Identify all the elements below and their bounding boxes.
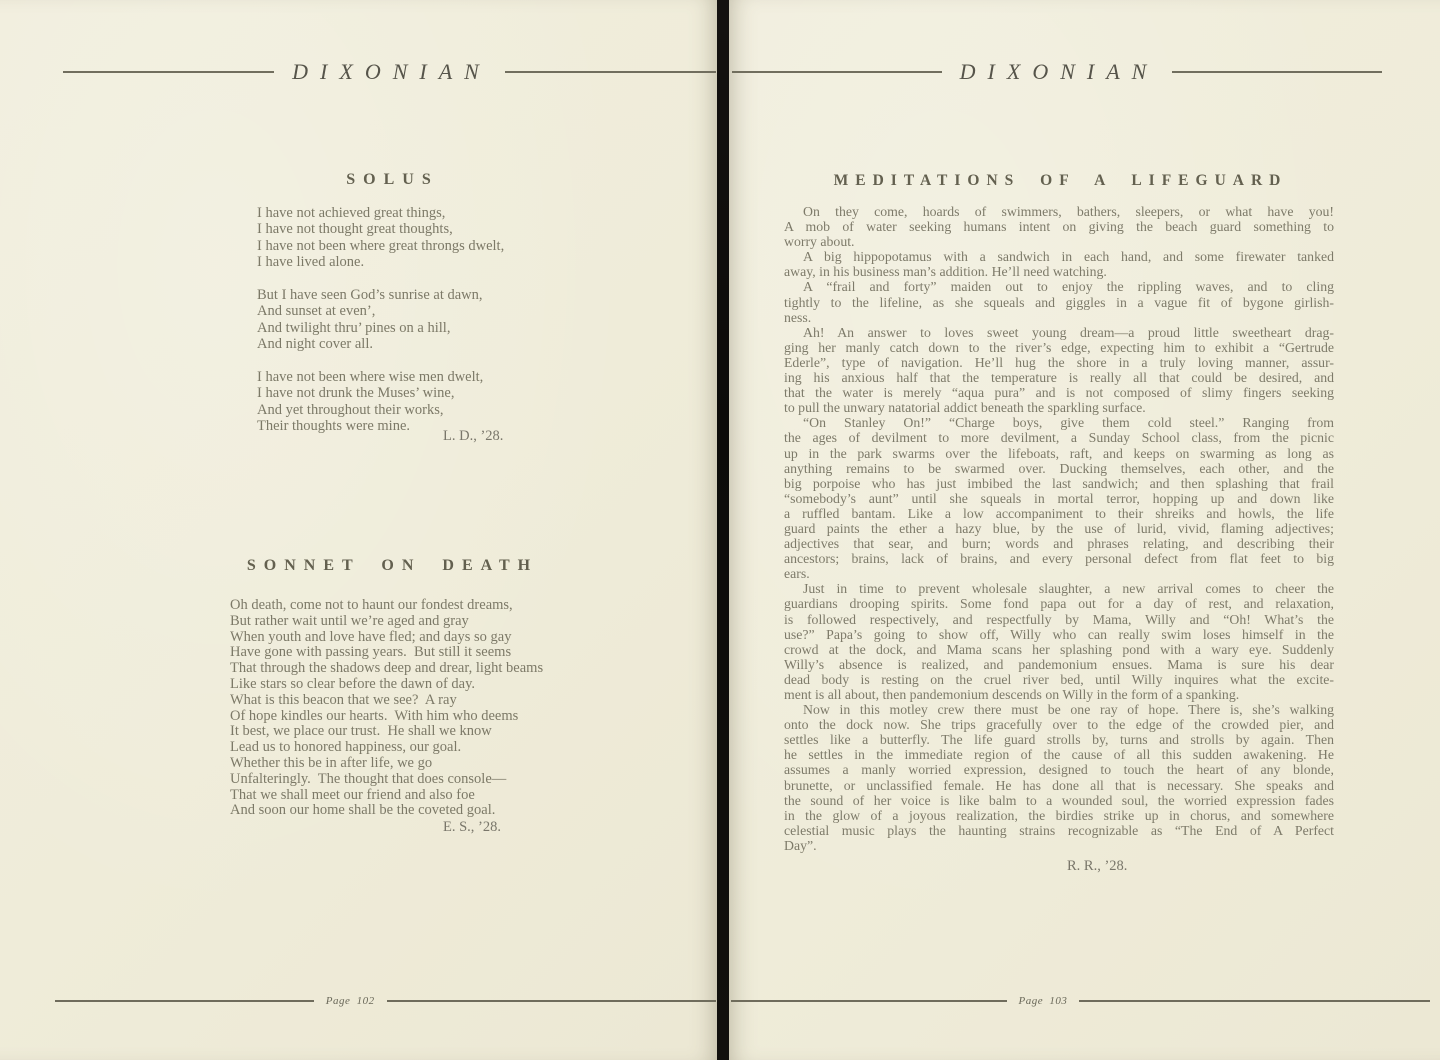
poem-line: I have not thought great thoughts,: [257, 221, 504, 237]
prose-paragraph: On they come, hoards of swimmers, bather…: [784, 204, 1334, 249]
footer-rule-right: [387, 1000, 716, 1002]
poem-line: I have not drunk the Muses’ wine,: [257, 385, 504, 401]
prose-line: Willy’s absence is realized, and pandemo…: [784, 657, 1334, 672]
poem-line: When youth and love have fled; and days …: [230, 630, 543, 646]
poem-line: I have not been where great throngs dwel…: [257, 238, 504, 254]
prose-line: to pull the unwary natatorial addict ben…: [784, 400, 1334, 415]
prose-line: up in the park swarms over the lifeboats…: [784, 446, 1334, 461]
page-header-right: DIXONIAN: [732, 58, 1382, 86]
article-body: On they come, hoards of swimmers, bather…: [784, 204, 1334, 853]
prose-line: A mob of water seeking humans intent on …: [784, 219, 1334, 234]
header-rule-right: [505, 71, 716, 73]
prose-line: the sound of her voice is like balm to a…: [784, 793, 1334, 808]
prose-line: tightly to the lifeline, as she squeals …: [784, 295, 1334, 310]
yearbook-spread: DIXONIAN SOLUS I have not achieved great…: [0, 0, 1440, 1060]
poem-line: And twilight thru’ pines on a hill,: [257, 320, 504, 336]
prose-line: guardians drooping spirits. Some fond pa…: [784, 596, 1334, 611]
header-rule-left: [63, 71, 274, 73]
poem-line: And soon our home shall be the coveted g…: [230, 803, 543, 819]
poem-attribution-solus: L. D., ’28.: [443, 428, 503, 445]
header-rule-left: [732, 71, 942, 73]
prose-line: Now in this motley crew there must be on…: [784, 702, 1334, 717]
poem-line: Have gone with passing years. But still …: [230, 645, 543, 661]
page-header-left: DIXONIAN: [63, 58, 716, 86]
page-number: Page 102: [326, 995, 375, 1007]
poem-line: I have not been where wise men dwelt,: [257, 369, 504, 385]
prose-line: he settles in the immediate region of th…: [784, 747, 1334, 762]
poem-title-solus: SOLUS: [34, 171, 751, 189]
prose-line: ancestors; brains, lack of brains, and e…: [784, 551, 1334, 566]
prose-line: in the glow of a joyous realization, the…: [784, 808, 1334, 823]
prose-line: ness.: [784, 310, 1334, 325]
prose-line: On they come, hoards of swimmers, bather…: [784, 204, 1334, 219]
prose-line: settles like a butterfly. The life guard…: [784, 732, 1334, 747]
poem-line: Of hope kindles our hearts. With him who…: [230, 709, 543, 725]
prose-line: away, in his business man’s addition. He…: [784, 264, 1334, 279]
prose-paragraph: Just in time to prevent wholesale slaugh…: [784, 581, 1334, 702]
article-title: MEDITATIONS OF A LIFEGUARD: [705, 172, 1416, 190]
prose-line: brunette, or unclassified female. He has…: [784, 778, 1334, 793]
publication-title: DIXONIAN: [956, 59, 1159, 85]
poem-line: It best, we place our trust. He shall we…: [230, 724, 543, 740]
prose-line: dead body is resting on the cruel river …: [784, 672, 1334, 687]
prose-line: ging her manly catch down to the river’s…: [784, 340, 1334, 355]
poem-stanza: I have not been where wise men dwelt,I h…: [257, 369, 504, 435]
page-footer-left: Page 102: [55, 993, 716, 1009]
prose-line: assumes a manly worried expression, desi…: [784, 762, 1334, 777]
prose-paragraph: Ah! An answer to loves sweet young dream…: [784, 325, 1334, 416]
prose-line: A big hippopotamus with a sandwich in ea…: [784, 249, 1334, 264]
poem-line: What is this beacon that we see? A ray: [230, 693, 543, 709]
poem-line: But I have seen God’s sunrise at dawn,: [257, 287, 504, 303]
prose-line: is followed respectively, and respectful…: [784, 612, 1334, 627]
poem-line: Oh death, come not to haunt our fondest …: [230, 598, 543, 614]
prose-line: Ederle”, type of navigation. He’ll hug t…: [784, 355, 1334, 370]
poem-line: I have lived alone.: [257, 254, 504, 270]
prose-line: Ah! An answer to loves sweet young dream…: [784, 325, 1334, 340]
page-right: DIXONIAN MEDITATIONS OF A LIFEGUARD On t…: [729, 0, 1440, 1060]
prose-line: guard paints the ether a hazy blue, by t…: [784, 521, 1334, 536]
prose-paragraph: “On Stanley On!” “Charge boys, give them…: [784, 415, 1334, 581]
prose-line: a ruffled bantam. Like a low accompanime…: [784, 506, 1334, 521]
prose-line: adjectives that sear, and burn; words an…: [784, 536, 1334, 551]
publication-title: DIXONIAN: [288, 59, 491, 85]
poem-line: And yet throughout their works,: [257, 402, 504, 418]
prose-line: use?” Papa’s going to show off, Willy wh…: [784, 627, 1334, 642]
prose-line: big porpoise who has just imbibed the la…: [784, 476, 1334, 491]
page-left: DIXONIAN SOLUS I have not achieved great…: [0, 0, 717, 1060]
prose-line: onto the dock now. She trips gracefully …: [784, 717, 1334, 732]
poem-line: And sunset at even’,: [257, 303, 504, 319]
prose-line: celestial music plays the haunting strai…: [784, 823, 1334, 838]
poem-line: Lead us to honored happiness, our goal.: [230, 740, 543, 756]
prose-line: Just in time to prevent wholesale slaugh…: [784, 581, 1334, 596]
prose-line: crowd at the dock, and Mama scans her sp…: [784, 642, 1334, 657]
prose-line: anything remains to be swarmed over. Duc…: [784, 461, 1334, 476]
prose-line: the ages of devilment to more devilment,…: [784, 430, 1334, 445]
poem-stanza: But I have seen God’s sunrise at dawn,An…: [257, 287, 504, 353]
book-gutter: [717, 0, 729, 1060]
poem-sonnet: Oh death, come not to haunt our fondest …: [230, 598, 543, 819]
poem-line: Whether this be in after life, we go: [230, 756, 543, 772]
poem-line: Unfalteringly. The thought that does con…: [230, 772, 543, 788]
poem-line: Like stars so clear before the dawn of d…: [230, 677, 543, 693]
prose-line: ears.: [784, 566, 1334, 581]
prose-line: ment is all about, then pandemonium desc…: [784, 687, 1334, 702]
prose-paragraph: A “frail and forty” maiden out to enjoy …: [784, 279, 1334, 324]
prose-line: ing his anxious half that the temperatur…: [784, 370, 1334, 385]
poem-line: I have not achieved great things,: [257, 205, 504, 221]
footer-rule-left: [731, 1000, 1007, 1002]
poem-line: And night cover all.: [257, 336, 504, 352]
page-footer-right: Page 103: [731, 993, 1430, 1009]
poem-stanza: I have not achieved great things,I have …: [257, 205, 504, 271]
poem-line: But rather wait until we’re aged and gra…: [230, 614, 543, 630]
prose-line: “On Stanley On!” “Charge boys, give them…: [784, 415, 1334, 430]
poem-stanza: Oh death, come not to haunt our fondest …: [230, 598, 543, 819]
footer-rule-right: [1079, 1000, 1430, 1002]
prose-line: that the water is merely “aqua pura” and…: [784, 385, 1334, 400]
prose-paragraph: A big hippopotamus with a sandwich in ea…: [784, 249, 1334, 279]
prose-line: A “frail and forty” maiden out to enjoy …: [784, 279, 1334, 294]
prose-line: worry about.: [784, 234, 1334, 249]
prose-paragraph: Now in this motley crew there must be on…: [784, 702, 1334, 853]
prose-line: “somebody’s aunt” until she squeals in m…: [784, 491, 1334, 506]
poem-title-sonnet: SONNET ON DEATH: [34, 557, 751, 575]
footer-rule-left: [55, 1000, 314, 1002]
poem-line: That through the shadows deep and drear,…: [230, 661, 543, 677]
poem-attribution-sonnet: E. S., ’28.: [443, 819, 501, 836]
poem-solus: I have not achieved great things,I have …: [257, 205, 504, 451]
poem-line: That we shall meet our friend and also f…: [230, 788, 543, 804]
prose-line: Day”.: [784, 838, 1334, 853]
header-rule-right: [1172, 71, 1382, 73]
page-number: Page 103: [1019, 995, 1068, 1007]
article-attribution: R. R., ’28.: [1067, 858, 1127, 875]
